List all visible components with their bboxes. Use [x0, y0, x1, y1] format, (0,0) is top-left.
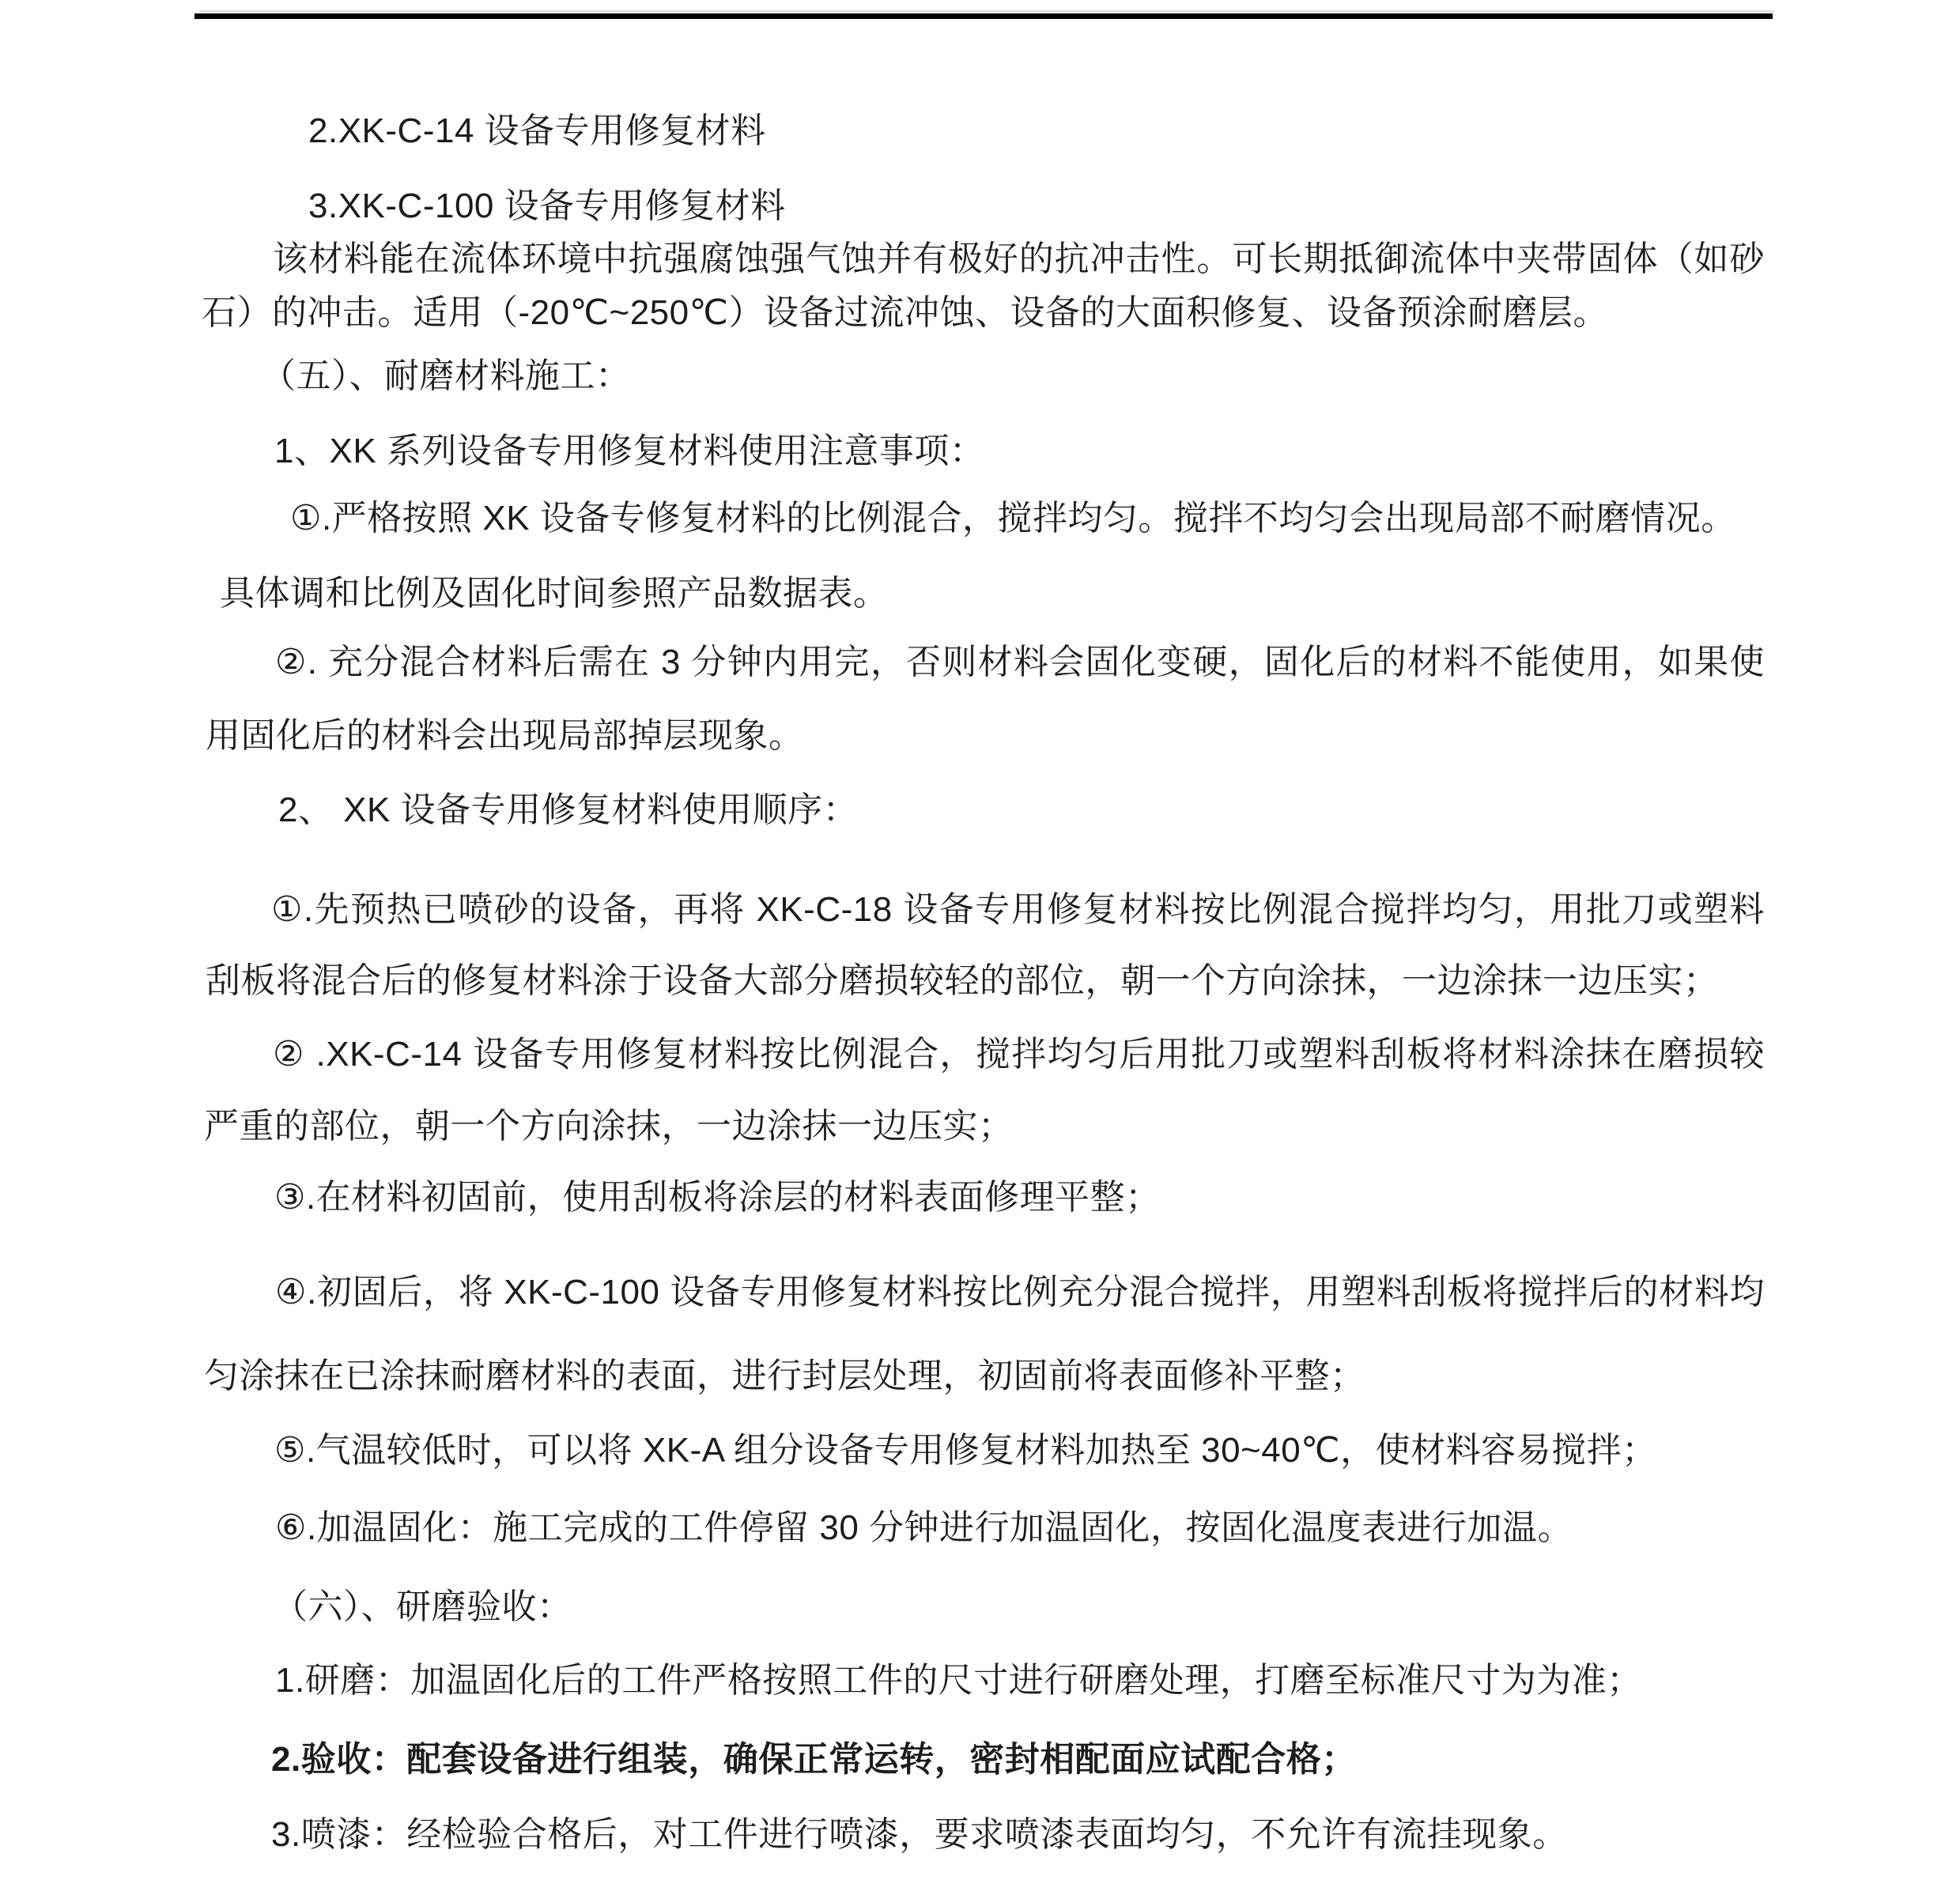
doc-line-step-1: ①.先预热已喷砂的设备，再将 XK-C-18 设备专用修复材料按比例混合搅拌均匀… [271, 889, 1765, 930]
doc-line-step-1-cont: 刮板将混合后的修复材料涂于设备大部分磨损较轻的部位，朝一个方向涂抹，一边涂抹一边… [206, 961, 1719, 1002]
page-top-hairline [199, 10, 1774, 12]
doc-line-sequence-title: 2、 XK 设备专用修复材料使用顺序： [278, 790, 858, 831]
doc-line-step-2: ② .XK-C-14 设备专用修复材料按比例混合，搅拌均匀后用批刀或塑料刮板将材… [273, 1034, 1765, 1075]
doc-line-step-4-cont: 匀涂抹在已涂抹耐磨材料的表面，进行封层处理，初固前将表面修补平整； [204, 1356, 1365, 1397]
doc-line-note-2-cont: 用固化后的材料会出现局部掉层现象。 [206, 715, 804, 757]
doc-line-acceptance: 2.验收：配套设备进行组装，确保正常运转，密封相配面应试配合格； [271, 1739, 1357, 1780]
doc-line-painting: 3.喷漆：经检验合格后，对工件进行喷漆，要求喷漆表面均匀，不允许有流挂现象。 [271, 1814, 1568, 1855]
doc-line-step-2-cont: 严重的部位，朝一个方向涂抹，一边涂抹一边压实； [204, 1106, 1014, 1147]
doc-line-step-4: ④.初固后，将 XK-C-100 设备专用修复材料按比例充分混合搅拌，用塑料刮板… [275, 1272, 1765, 1313]
doc-line-section-5-title: （五）、耐磨材料施工： [261, 356, 631, 397]
doc-line-note-1-cont: 具体调和比例及固化时间参照产品数据表。 [220, 573, 889, 614]
doc-line-step-5: ⑤.气温较低时，可以将 XK-A 组分设备专用修复材料加热至 30~40℃，使材… [274, 1430, 1657, 1471]
page-top-border [194, 13, 1773, 19]
doc-line-note-1: ①.严格按照 XK 设备专修复材料的比例混合，搅拌均匀。搅拌不均匀会出现局部不耐… [290, 498, 1736, 539]
doc-line-material-desc-1: 该材料能在流体环境中抗强腐蚀强气蚀并有极好的抗冲击性。可长期抵御流体中夹带固体（… [273, 239, 1765, 280]
document-page: 2.XK-C-14 设备专用修复材料 3.XK-C-100 设备专用修复材料 该… [0, 0, 1960, 1891]
doc-line-step-3: ③.在材料初固前，使用刮板将涂层的材料表面修理平整； [274, 1177, 1161, 1218]
doc-line-notes-title: 1、XK 系列设备专用修复材料使用注意事项： [274, 431, 984, 472]
doc-line-heading-xkc14: 2.XK-C-14 设备专用修复材料 [308, 111, 766, 152]
doc-line-heading-xkc100: 3.XK-C-100 设备专用修复材料 [308, 186, 786, 227]
doc-line-section-6-title: （六）、研磨验收： [273, 1587, 572, 1628]
doc-line-note-2: ②. 充分混合材料后需在 3 分钟内用完，否则材料会固化变硬，固化后的材料不能使… [275, 642, 1765, 683]
doc-line-grinding: 1.研磨：加温固化后的工件严格按照工件的尺寸进行研磨处理，打磨至标准尺寸为为准； [275, 1660, 1642, 1701]
doc-line-step-6: ⑥.加温固化：施工完成的工件停留 30 分钟进行加温固化，按固化温度表进行加温。 [275, 1508, 1573, 1549]
doc-line-material-desc-2: 石）的冲击。适用（-20℃~250℃）设备过流冲蚀、设备的大面积修复、设备预涂耐… [202, 293, 1608, 334]
